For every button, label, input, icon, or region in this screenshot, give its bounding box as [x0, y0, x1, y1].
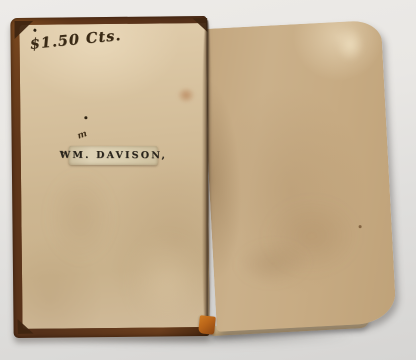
- flyleaf-speck: [359, 225, 362, 228]
- owner-bookplate-label: WM. DAVISON,: [69, 146, 158, 165]
- owner-label-text: WM. DAVISON,: [60, 150, 167, 161]
- spine-tail-leather: [198, 315, 216, 335]
- pastedown-red-stain: [177, 87, 195, 103]
- flyleaf-smudge-stain: [234, 239, 311, 288]
- ink-speck: [84, 116, 87, 119]
- pastedown-paper: $1.50 Cts. m WM. DAVISON,: [19, 23, 209, 329]
- gutter-crease: [202, 20, 212, 335]
- pastedown-light-patch: [127, 233, 208, 329]
- handwritten-mark: m: [76, 129, 88, 142]
- flyleaf-light-stain: [335, 27, 365, 62]
- book-photograph: $1.50 Cts. m WM. DAVISON,: [0, 0, 416, 360]
- inside-front-cover: $1.50 Cts. m WM. DAVISON,: [10, 16, 209, 338]
- pastedown-soft-stain: [45, 169, 116, 265]
- flyleaf-page: [201, 20, 397, 332]
- ink-speck: [33, 28, 37, 32]
- handwritten-price: $1.50 Cts.: [29, 27, 122, 53]
